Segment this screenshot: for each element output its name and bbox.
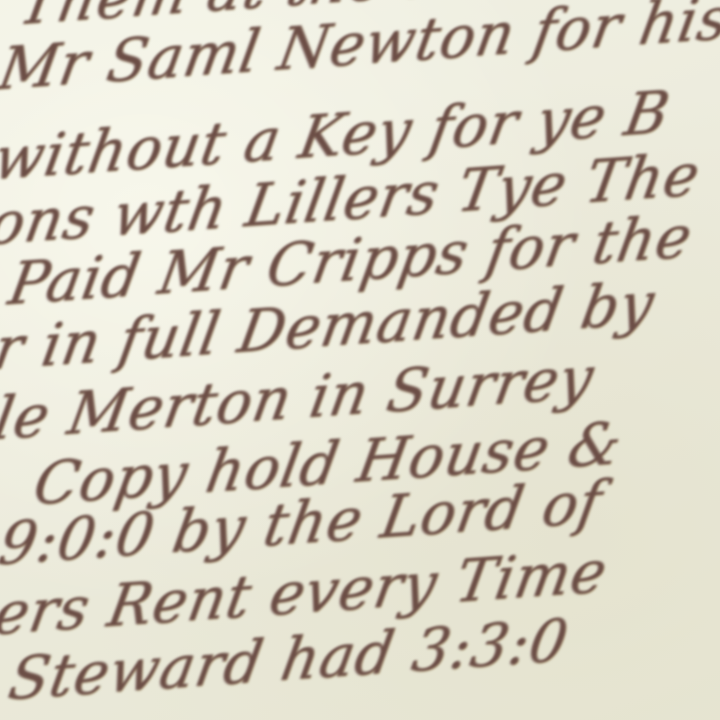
manuscript-page: Them at the time Hook Mr Saml Newton for… — [0, 0, 720, 720]
